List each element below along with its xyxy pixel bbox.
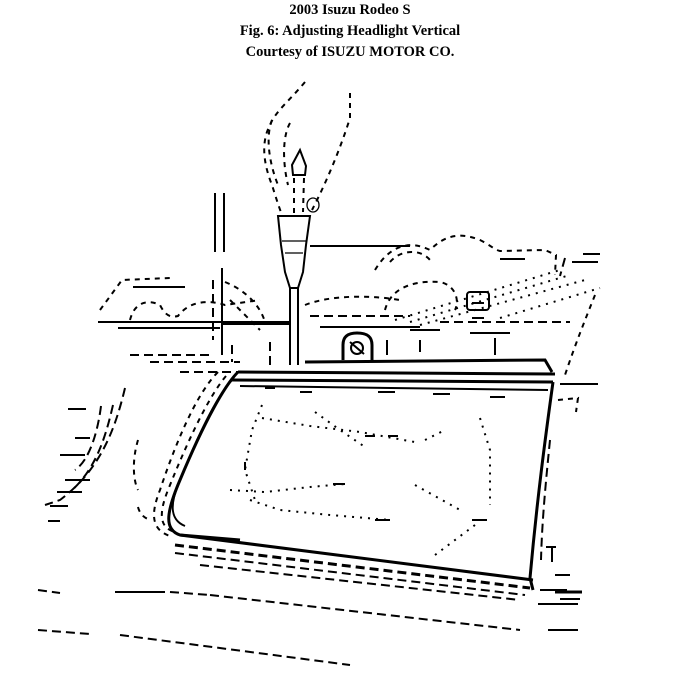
screwdriver-icon [278, 216, 395, 365]
adjusting-screw-icon [343, 333, 372, 360]
headlight-adjustment-illustration [0, 0, 700, 678]
headlight-assembly-icon [154, 360, 555, 600]
hand-icon [264, 82, 350, 215]
radiator-support-lines [320, 236, 600, 375]
bumper-lines [38, 388, 578, 665]
